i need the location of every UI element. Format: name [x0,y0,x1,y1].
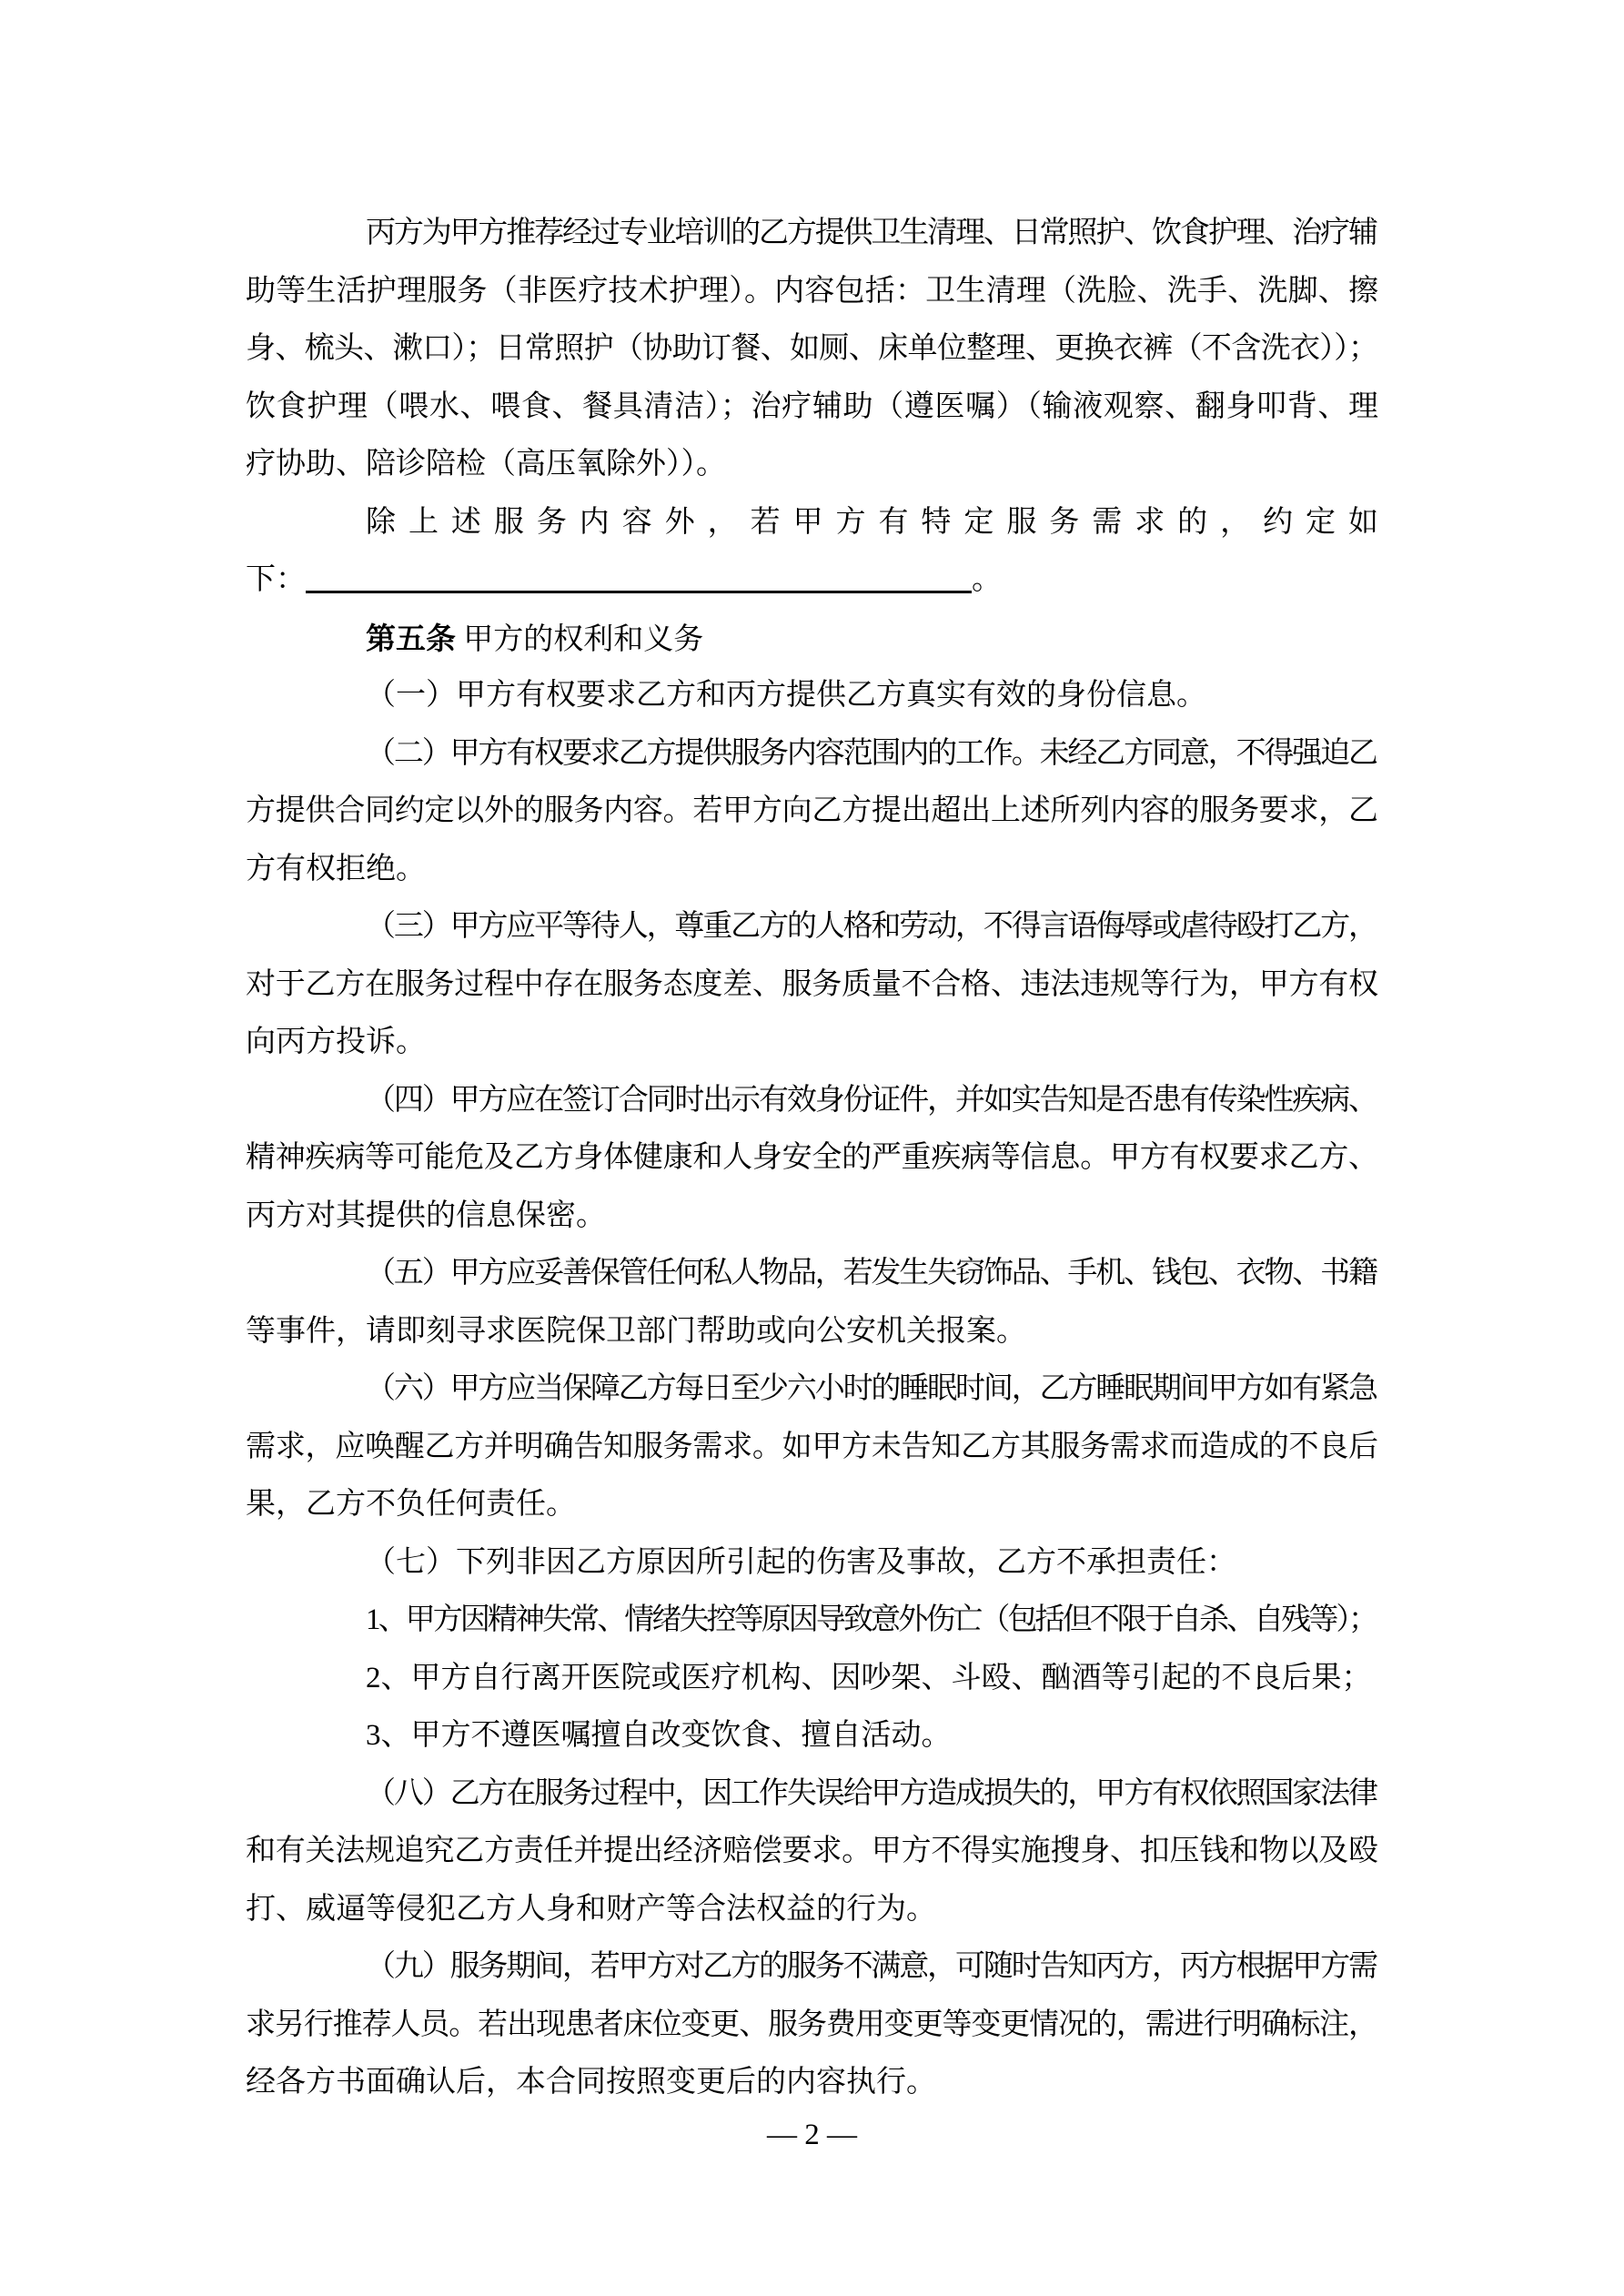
text-segment: 下： [246,563,306,596]
text-line-content: 身、梳头、漱口）；日常照护（协助订餐、如厕、床单位整理、更换衣裤（不含洗衣））； [246,320,1377,379]
text-segment: 甲方的权利和义务 [456,623,703,656]
text-line: 打、威逼等侵犯乙方人身和财产等合法权益的行为。 [246,1881,1378,1939]
text-line: （七）下列非因乙方原因所引起的伤害及事故，乙方不承担责任： [246,1534,1378,1593]
clause-number: 第五条 [366,622,456,655]
text-line: （八）乙方在服务过程中，因工作失误给甲方造成损失的，甲方有权依照国家法律 [246,1765,1378,1824]
text-line-content: 1、甲方因精神失常、情绪失控等原因导致意外伤亡（包括但不限于自杀、自残等）； [306,1592,1376,1650]
text-line: （二）甲方有权要求乙方提供服务内容范围内的工作。未经乙方同意，不得强迫乙 [246,725,1378,784]
text-segment: 。 [972,563,1002,596]
text-line: 经各方书面确认后，本合同按照变更后的内容执行。 [246,2054,1378,2112]
text-line-content: 除上述服务内容外，若甲方有特定服务需求的，约定如 [306,494,1391,552]
text-line: 对于乙方在服务过程中存在服务态度差、服务质量不合格、违法违规等行为，甲方有权 [246,956,1378,1015]
text-line: 2、甲方自行离开医院或医疗机构、因吵架、斗殴、酗酒等引起的不良后果； [246,1650,1378,1708]
text-line-content: 打、威逼等侵犯乙方人身和财产等合法权益的行为。 [246,1881,936,1939]
text-line: 饮食护理（喂水、喂食、餐具清洁）；治疗辅助（遵医嘱）（输液观察、翻身叩背、理 [246,379,1378,437]
text-line-content: 需求，应唤醒乙方并明确告知服务需求。如甲方未告知乙方其服务需求而造成的不良后 [246,1419,1378,1477]
text-line: 等事件，请即刻寻求医院保卫部门帮助或向公安机关报案。 [246,1303,1378,1361]
text-line: 丙方对其提供的信息保密。 [246,1188,1378,1246]
text-line: 和有关法规追究乙方责任并提出经济赔偿要求。甲方不得实施搜身、扣压钱和物以及殴 [246,1823,1378,1881]
text-line: 精神疾病等可能危及乙方身体健康和人身安全的严重疾病等信息。甲方有权要求乙方、 [246,1129,1378,1188]
fill-in-blank-line [306,561,972,593]
text-line: （九）服务期间，若甲方对乙方的服务不满意，可随时告知丙方，丙方根据甲方需 [246,1938,1378,1997]
text-line-content: 经各方书面确认后，本合同按照变更后的内容执行。 [246,2054,936,2112]
text-line: 3、甲方不遵医嘱擅自改变饮食、擅自活动。 [246,1707,1378,1765]
text-line-content: （五）甲方应妥善保管任何私人物品，若发生失窃饰品、手机、钱包、衣物、书籍 [306,1245,1377,1303]
text-line-content: 丙方为甲方推荐经过专业培训的乙方提供卫生清理、日常照护、饮食护理、治疗辅 [306,205,1377,263]
document-body: 丙方为甲方推荐经过专业培训的乙方提供卫生清理、日常照护、饮食护理、治疗辅助等生活… [246,205,1378,2112]
text-line: 方有权拒绝。 [246,841,1378,899]
text-line: 果，乙方不负任何责任。 [246,1476,1378,1534]
text-line: 1、甲方因精神失常、情绪失控等原因导致意外伤亡（包括但不限于自杀、自残等）； [246,1592,1378,1650]
text-line-content: 方有权拒绝。 [246,841,426,899]
text-line-content: （四）甲方应在签订合同时出示有效身份证件，并如实告知是否患有传染性疾病、 [306,1072,1377,1130]
text-line-content: （六）甲方应当保障乙方每日至少六小时的睡眠时间，乙方睡眠期间甲方如有紧急 [306,1360,1377,1419]
text-line-content: 果，乙方不负任何责任。 [246,1476,576,1534]
text-line-content: （三）甲方应平等待人，尊重乙方的人格和劳动，不得言语侮辱或虐待殴打乙方， [306,898,1377,956]
text-line: （三）甲方应平等待人，尊重乙方的人格和劳动，不得言语侮辱或虐待殴打乙方， [246,898,1378,956]
text-line-content: （九）服务期间，若甲方对乙方的服务不满意，可随时告知丙方，丙方根据甲方需 [306,1938,1377,1997]
text-line: 身、梳头、漱口）；日常照护（协助订餐、如厕、床单位整理、更换衣裤（不含洗衣））； [246,320,1378,379]
text-line-content: 等事件，请即刻寻求医院保卫部门帮助或向公安机关报案。 [246,1303,1026,1361]
text-line-content: 助等生活护理服务（非医疗技术护理）。内容包括：卫生清理（洗脸、洗手、洗脚、擦 [246,263,1378,321]
text-line: 求另行推荐人员。若出现患者床位变更、服务费用变更等变更情况的，需进行明确标注， [246,1997,1378,2055]
text-line-content: 方提供合同约定以外的服务内容。若甲方向乙方提出超出上述所列内容的服务要求，乙 [246,783,1378,841]
text-line-content: 求另行推荐人员。若出现患者床位变更、服务费用变更等变更情况的，需进行明确标注， [246,1997,1377,2055]
document-page: 丙方为甲方推荐经过专业培训的乙方提供卫生清理、日常照护、饮食护理、治疗辅助等生活… [0,0,1624,2296]
text-line-content: 精神疾病等可能危及乙方身体健康和人身安全的严重疾病等信息。甲方有权要求乙方、 [246,1129,1378,1188]
text-line-content: 饮食护理（喂水、喂食、餐具清洁）；治疗辅助（遵医嘱）（输液观察、翻身叩背、理 [246,379,1379,437]
text-line-content: （二）甲方有权要求乙方提供服务内容范围内的工作。未经乙方同意，不得强迫乙 [306,725,1377,784]
text-line-content: （八）乙方在服务过程中，因工作失误给甲方造成损失的，甲方有权依照国家法律 [306,1765,1377,1824]
text-line: 方提供合同约定以外的服务内容。若甲方向乙方提出超出上述所列内容的服务要求，乙 [246,783,1378,841]
text-line: 下：。 [246,551,1378,610]
text-line-content: （七）下列非因乙方原因所引起的伤害及事故，乙方不承担责任： [306,1534,1236,1593]
text-line: 丙方为甲方推荐经过专业培训的乙方提供卫生清理、日常照护、饮食护理、治疗辅 [246,205,1378,263]
text-line-content: 2、甲方自行离开医院或医疗机构、因吵架、斗殴、酗酒等引起的不良后果； [306,1650,1372,1708]
text-line-content: 下：。 [246,551,1002,610]
text-line-content: 和有关法规追究乙方责任并提出经济赔偿要求。甲方不得实施搜身、扣压钱和物以及殴 [246,1823,1378,1881]
text-line: 除上述服务内容外，若甲方有特定服务需求的，约定如 [246,494,1378,552]
text-line: 第五条 甲方的权利和义务 [246,610,1378,668]
text-line: 需求，应唤醒乙方并明确告知服务需求。如甲方未告知乙方其服务需求而造成的不良后 [246,1419,1378,1477]
text-line: 疗协助、陪诊陪检（高压氧除外））。 [246,436,1378,494]
text-line-content: 向丙方投诉。 [246,1014,426,1072]
text-line-content: 第五条 甲方的权利和义务 [306,610,703,670]
text-line-content: 丙方对其提供的信息保密。 [246,1188,606,1246]
text-line: （六）甲方应当保障乙方每日至少六小时的睡眠时间，乙方睡眠期间甲方如有紧急 [246,1360,1378,1419]
text-line: （四）甲方应在签订合同时出示有效身份证件，并如实告知是否患有传染性疾病、 [246,1072,1378,1130]
text-line: （五）甲方应妥善保管任何私人物品，若发生失窃饰品、手机、钱包、衣物、书籍 [246,1245,1378,1303]
text-line-content: （一）甲方有权要求乙方和丙方提供乙方真实有效的身份信息。 [306,667,1206,725]
text-line: 助等生活护理服务（非医疗技术护理）。内容包括：卫生清理（洗脸、洗手、洗脚、擦 [246,263,1378,321]
text-line: 向丙方投诉。 [246,1014,1378,1072]
text-line-content: 3、甲方不遵医嘱擅自改变饮食、擅自活动。 [306,1707,952,1765]
text-line-content: 对于乙方在服务过程中存在服务态度差、服务质量不合格、违法违规等行为，甲方有权 [246,956,1378,1015]
text-line: （一）甲方有权要求乙方和丙方提供乙方真实有效的身份信息。 [246,667,1378,725]
text-line-content: 疗协助、陪诊陪检（高压氧除外））。 [246,436,726,494]
page-number: — 2 — [0,2107,1624,2165]
